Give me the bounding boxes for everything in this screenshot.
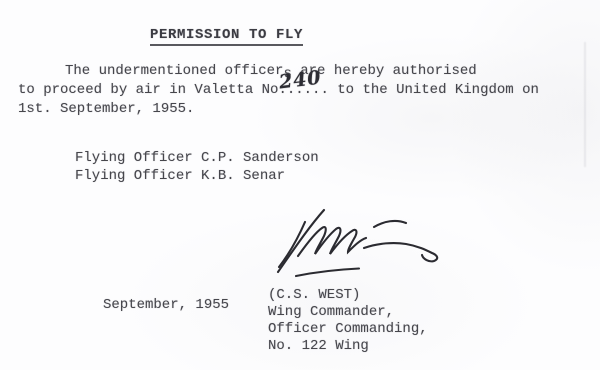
signatory-block: (C.S. WEST) Wing Commander, Officer Comm… xyxy=(268,287,428,355)
officer-name-1: Flying Officer C.P. Sanderson xyxy=(75,149,319,167)
authorisation-paragraph: The undermentioned officers are hereby a… xyxy=(18,62,583,119)
document-title: PERMISSION TO FLY xyxy=(150,27,303,46)
paragraph-line-1-text: The undermentioned officer xyxy=(65,63,283,79)
officer-name-2: Flying Officer K.B. Senar xyxy=(75,167,319,185)
paragraph-line-3: 1st. September, 1955. xyxy=(18,100,583,119)
paragraph-line-2-rest: to the United Kingdom on xyxy=(329,82,539,98)
aircraft-number-blank: 240..... xyxy=(287,81,329,100)
scan-artifact-streak xyxy=(584,42,586,167)
signatory-title: Officer Commanding, xyxy=(268,321,428,338)
handwritten-aircraft-number: 240 xyxy=(278,68,323,92)
signatory-rank: Wing Commander, xyxy=(268,304,428,321)
officer-list: Flying Officer C.P. Sanderson Flying Off… xyxy=(75,149,319,185)
signature-scribble xyxy=(268,198,472,282)
signatory-unit: No. 122 Wing xyxy=(268,338,428,355)
paragraph-line-2: to proceed by air in Valetta No.240.....… xyxy=(18,81,583,100)
date-line: September, 1955 xyxy=(103,296,229,315)
scanned-document-page: PERMISSION TO FLY The undermentioned off… xyxy=(0,0,600,370)
signatory-name: (C.S. WEST) xyxy=(268,287,428,304)
paragraph-line-2-text: to proceed by air in Valetta No. xyxy=(18,82,287,98)
